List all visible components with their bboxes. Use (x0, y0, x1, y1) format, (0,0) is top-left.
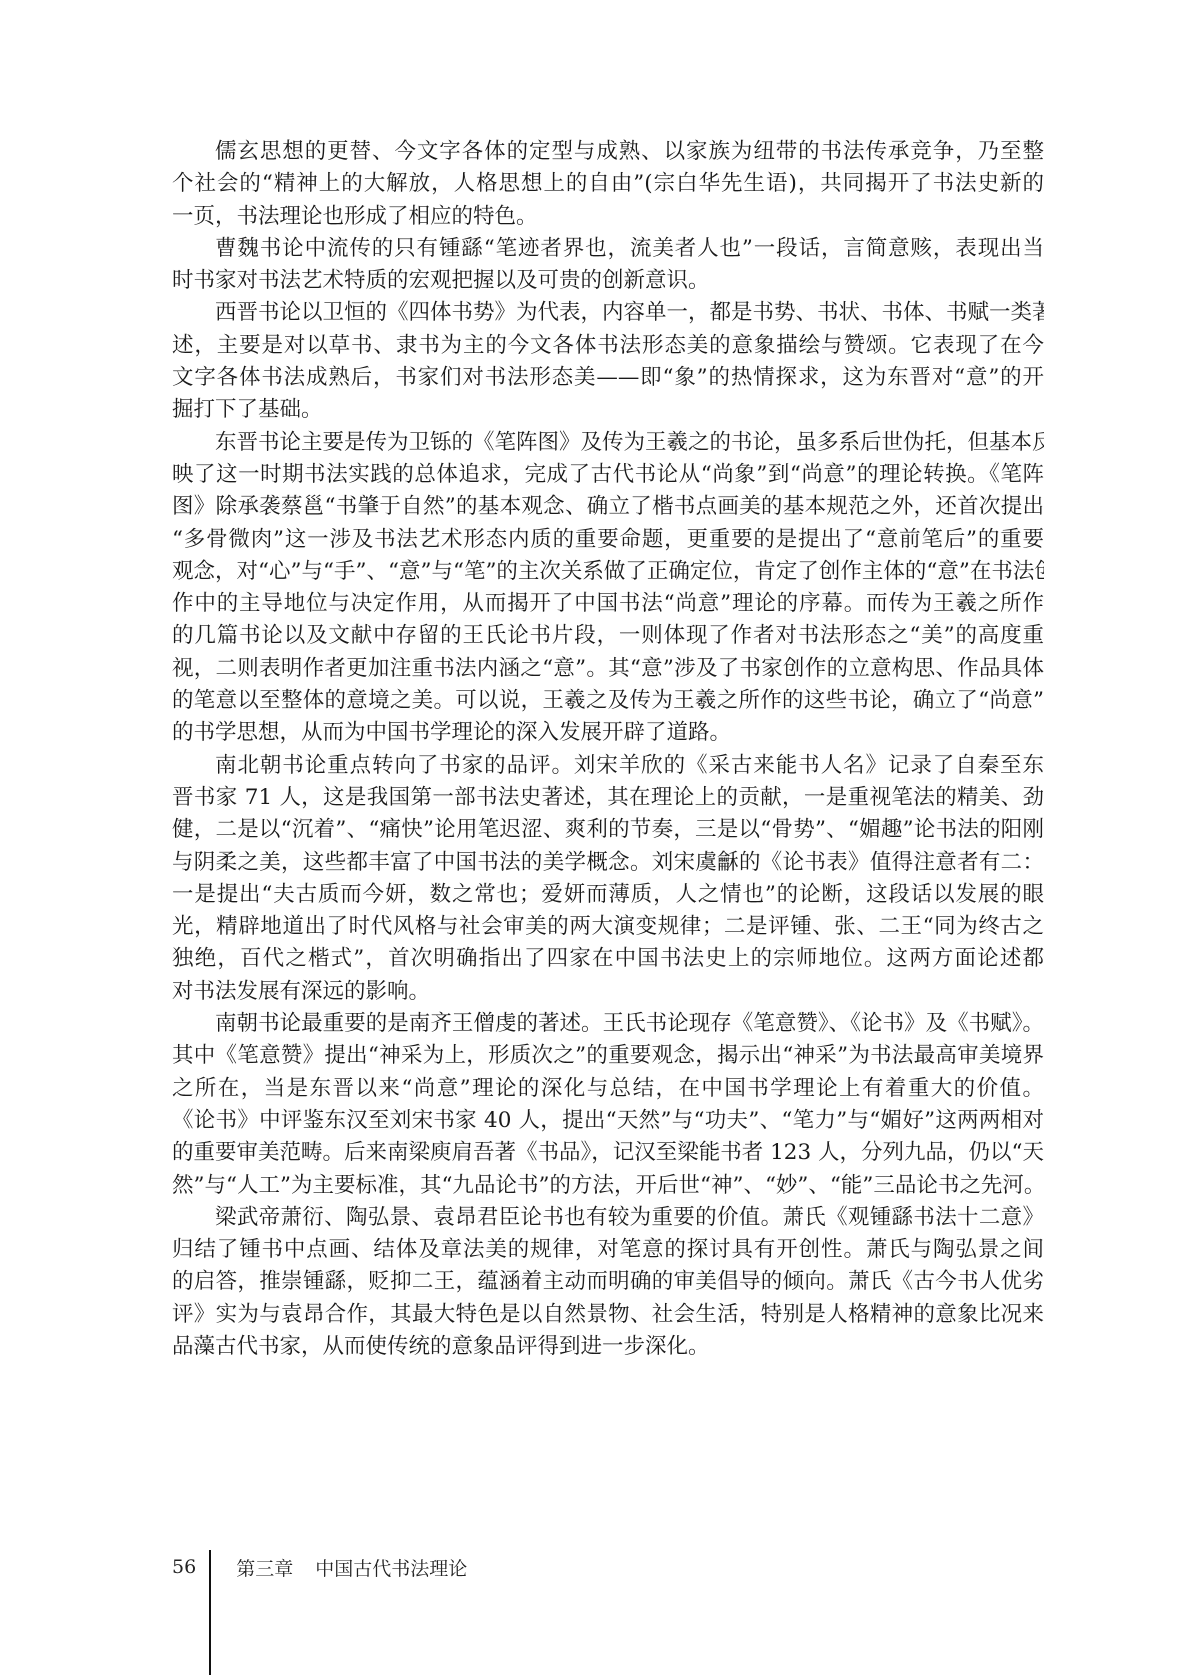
text-line: 的重要审美范畴。后来南梁庾肩吾著《书品》，记汉至梁能书者 123 人，分列九品，… (172, 1137, 1044, 1169)
text-line: 儒玄思想的更替、今文字各体的定型与成熟、以家族为纽带的书法传承竞争，乃至整 (172, 136, 1044, 168)
text-line: 作中的主导地位与决定作用，从而揭开了中国书法“尚意”理论的序幕。而传为王羲之所作 (172, 588, 1044, 620)
text-line: 述，主要是对以草书、隶书为主的今文各体书法形态美的意象描绘与赞颂。它表现了在今 (172, 330, 1044, 362)
text-line: “多骨微肉”这一涉及书法艺术形态内质的重要命题，更重要的是提出了“意前笔后”的重… (172, 524, 1044, 556)
text-line: 时书家对书法艺术特质的宏观把握以及可贵的创新意识。 (172, 265, 1044, 297)
chapter-title: 中国古代书法理论 (315, 1554, 467, 1581)
text-line: 文字各体书法成熟后，书家们对书法形态美——即“象”的热情探求，这为东晋对“意”的… (172, 362, 1044, 394)
page-number: 56 (172, 1556, 196, 1578)
text-line: 一是提出“夫古质而今妍，数之常也；爱妍而薄质，人之情也”的论断，这段话以发展的眼 (172, 879, 1044, 911)
text-line: 东晋书论主要是传为卫铄的《笔阵图》及传为王羲之的书论，虽多系后世伪托，但基本反 (172, 427, 1044, 459)
text-line: 西晋书论以卫恒的《四体书势》为代表，内容单一，都是书势、书状、书体、书赋一类著 (172, 297, 1044, 329)
text-line: 的启答，推崇锺繇，贬抑二王，蕴涵着主动而明确的审美倡导的倾向。萧氏《古今书人优劣 (172, 1266, 1044, 1298)
text-line: 南北朝书论重点转向了书家的品评。刘宋羊欣的《采古来能书人名》记录了自秦至东 (172, 750, 1044, 782)
text-line: 品藻古代书家，从而使传统的意象品评得到进一步深化。 (172, 1331, 1044, 1363)
text-line: 映了这一时期书法实践的总体追求，完成了古代书论从“尚象”到“尚意”的理论转换。《… (172, 459, 1044, 491)
text-line: 掘打下了基础。 (172, 394, 1044, 426)
text-line: 梁武帝萧衍、陶弘景、袁昂君臣论书也有较为重要的价值。萧氏《观锺繇书法十二意》 (172, 1202, 1044, 1234)
text-line: 的笔意以至整体的意境之美。可以说，王羲之及传为王羲之所作的这些书论，确立了“尚意… (172, 685, 1044, 717)
book-page: 儒玄思想的更替、今文字各体的定型与成熟、以家族为纽带的书法传承竞争，乃至整个社会… (0, 0, 1203, 1675)
text-line: 《论书》中评鉴东汉至刘宋书家 40 人，提出“天然”与“功夫”、“笔力”与“媚好… (172, 1105, 1044, 1137)
text-line: 对书法发展有深远的影响。 (172, 976, 1044, 1008)
text-line: 的几篇书论以及文献中存留的王氏论书片段，一则体现了作者对书法形态之“美”的高度重 (172, 620, 1044, 652)
text-line: 独绝，百代之楷式”，首次明确指出了四家在中国书法史上的宗师地位。这两方面论述都 (172, 943, 1044, 975)
text-line: 的书学思想，从而为中国书学理论的深入发展开辟了道路。 (172, 717, 1044, 749)
text-line: 然”与“人工”为主要标准，其“九品论书”的方法，开后世“神”、“妙”、“能”三品… (172, 1170, 1044, 1202)
text-line: 评》实为与袁昂合作，其最大特色是以自然景物、社会生活，特别是人格精神的意象比况来 (172, 1299, 1044, 1331)
text-line: 其中《笔意赞》提出“神采为上，形质次之”的重要观念，揭示出“神采”为书法最高审美… (172, 1040, 1044, 1072)
text-line: 观念，对“心”与“手”、“意”与“笔”的主次关系做了正确定位，肯定了创作主体的“… (172, 556, 1044, 588)
text-line: 图》除承袭蔡邕“书肇于自然”的基本观念、确立了楷书点画美的基本规范之外，还首次提… (172, 491, 1044, 523)
chapter-label: 第三章 (236, 1554, 293, 1581)
text-line: 光，精辟地道出了时代风格与社会审美的两大演变规律；二是评锺、张、二王“同为终古之 (172, 911, 1044, 943)
text-line: 归结了锺书中点画、结体及章法美的规律，对笔意的探讨具有开创性。萧氏与陶弘景之间 (172, 1234, 1044, 1266)
text-line: 视，二则表明作者更加注重书法内涵之“意”。其“意”涉及了书家创作的立意构思、作品… (172, 653, 1044, 685)
text-line: 南朝书论最重要的是南齐王僧虔的著述。王氏书论现存《笔意赞》、《论书》及《书赋》。 (172, 1008, 1044, 1040)
body-text: 儒玄思想的更替、今文字各体的定型与成熟、以家族为纽带的书法传承竞争，乃至整个社会… (172, 136, 1044, 1363)
text-line: 曹魏书论中流传的只有锺繇“笔迹者界也，流美者人也”一段话，言简意赅，表现出当 (172, 233, 1044, 265)
text-line: 晋书家 71 人，这是我国第一部书法史著述，其在理论上的贡献，一是重视笔法的精美… (172, 782, 1044, 814)
text-line: 个社会的“精神上的大解放，人格思想上的自由”(宗白华先生语)，共同揭开了书法史新… (172, 168, 1044, 200)
text-line: 健，二是以“沉着”、“痛快”论用笔迟涩、爽利的节奏，三是以“骨势”、“媚趣”论书… (172, 814, 1044, 846)
text-line: 与阴柔之美，这些都丰富了中国书法的美学概念。刘宋虞龢的《论书表》值得注意者有二： (172, 847, 1044, 879)
text-line: 之所在，当是东晋以来“尚意”理论的深化与总结，在中国书学理论上有着重大的价值。 (172, 1073, 1044, 1105)
text-line: 一页，书法理论也形成了相应的特色。 (172, 201, 1044, 233)
page-footer: 56 第三章 中国古代书法理论 (172, 1552, 467, 1582)
